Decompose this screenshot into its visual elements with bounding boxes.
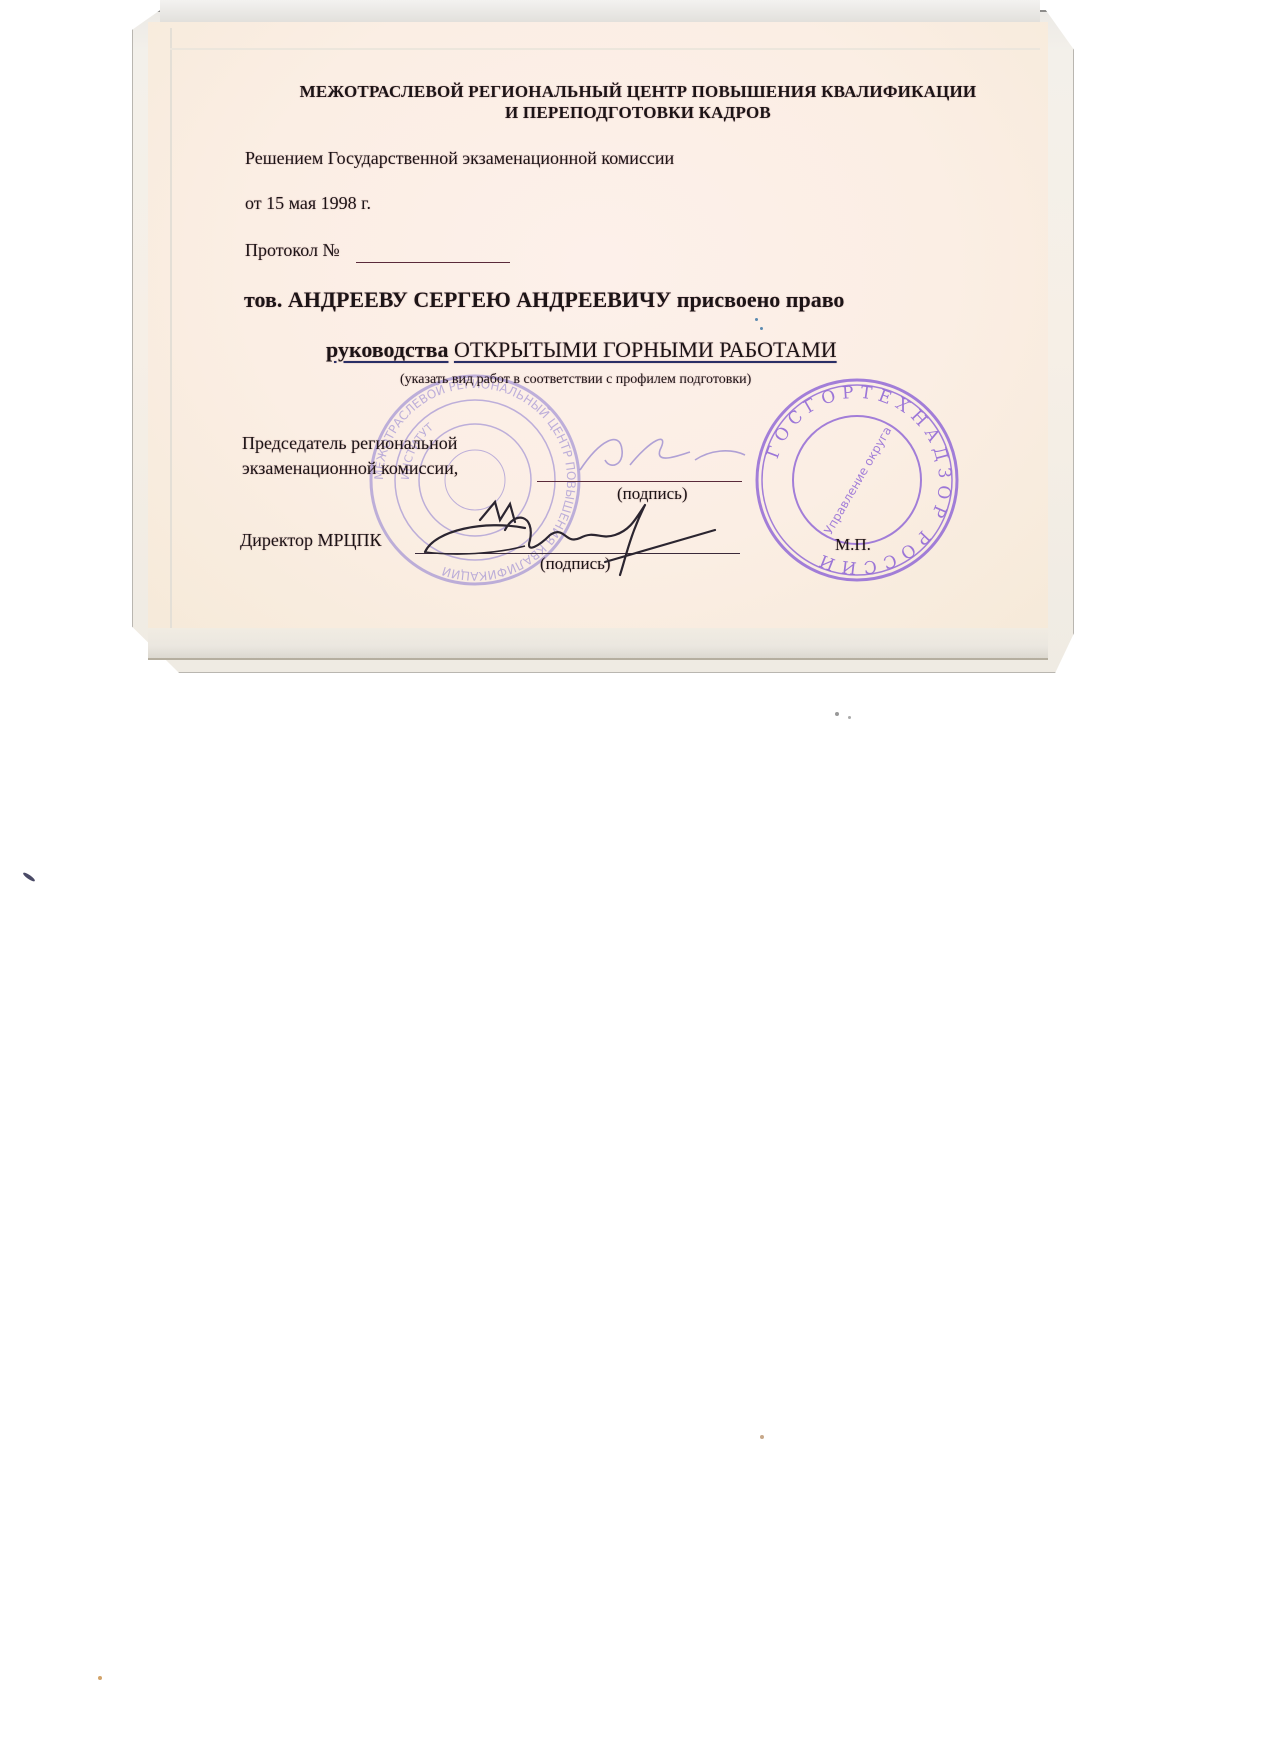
institution-heading-line2: И ПЕРЕПОДГОТОВКИ КАДРОВ [248,103,1028,123]
chair-signature-line [537,481,742,482]
scan-speck [755,318,758,321]
seal-place-label: М.П. [835,535,871,555]
protocol-number-blank-line [356,262,510,263]
chair-label-line1: Председатель региональной [242,433,457,454]
director-label: Директор МРЦПК [240,530,382,551]
scan-speck [760,327,763,330]
decision-date: от 15 мая 1998 г. [245,193,371,214]
scan-speck [848,716,851,719]
scan-speck [835,712,839,716]
chair-signature-hint: (подпись) [617,484,688,504]
granted-text: присвоено право [677,287,845,312]
sleeve-top-edge [160,0,1040,24]
scan-speck [98,1676,102,1680]
sleeve-crease-horizontal [170,48,1040,50]
recipient-name: АНДРЕЕВУ СЕРГЕЮ АНДРЕЕВИЧУ [288,287,671,312]
right-word: руководства [326,337,448,362]
chair-label-line2: экзаменационной комиссии, [242,458,458,479]
director-signature-hint: (подпись) [540,554,611,574]
recipient-line: тов. АНДРЕЕВУ СЕРГЕЮ АНДРЕЕВИЧУ присвоен… [244,287,844,313]
scan-speck [760,1435,764,1439]
right-line: руководства ОТКРЫТЫМИ ГОРНЫМИ РАБОТАМИ [326,337,837,363]
work-type-hint: (указать вид работ в соответствии с проф… [400,372,751,388]
sleeve-crease-vertical [170,28,172,628]
protocol-label: Протокол № [245,240,340,261]
institution-heading-line1: МЕЖОТРАСЛЕВОЙ РЕГИОНАЛЬНЫЙ ЦЕНТР ПОВЫШЕН… [248,82,1028,102]
protocol-label-text: Протокол № [245,240,340,260]
recipient-prefix: тов. [244,287,288,312]
work-type: ОТКРЫТЫМИ ГОРНЫМИ РАБОТАМИ [454,337,837,362]
decision-text: Решением Государственной экзаменационной… [245,148,674,169]
card-bottom-fold [148,628,1048,660]
scan-speck [22,871,36,882]
